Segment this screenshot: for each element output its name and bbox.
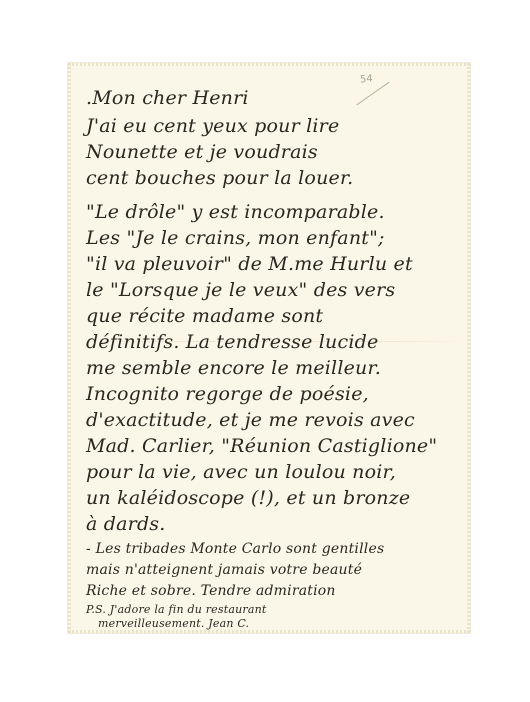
letter-line: Les "Je le crains, mon enfant"; — [86, 227, 385, 249]
letter-line: "Le drôle" y est incomparable. — [86, 201, 385, 223]
letter-line: cent bouches pour la louer. — [86, 167, 353, 189]
letter-page: 54 .Mon cher Henri J'ai eu cent yeux pou… — [68, 63, 470, 633]
letter-line: que récite madame sont — [86, 305, 323, 327]
letter-line: - Les tribades Monte Carlo sont gentille… — [86, 541, 384, 557]
letter-line: mais n'atteignent jamais votre beauté — [86, 562, 362, 578]
postscript-line: merveilleusement. Jean C. — [98, 617, 249, 630]
letter-line: Riche et sobre. Tendre admiration — [86, 583, 336, 599]
salutation: .Mon cher Henri — [86, 87, 249, 109]
letter-line: définitifs. La tendresse lucide — [86, 331, 378, 353]
letter-line: d'exactitude, et je me revois avec — [86, 409, 415, 431]
letter-line: pour la vie, avec un loulou noir, — [86, 461, 396, 483]
letter-line: Mad. Carlier, "Réunion Castiglione" — [86, 435, 437, 457]
letter-line: "il va pleuvoir" de M.me Hurlu et — [86, 253, 413, 275]
letter-line: un kaléidoscope (!), et un bronze — [86, 487, 410, 509]
letter-line: Incognito regorge de poésie, — [86, 383, 369, 405]
letter-line: me semble encore le meilleur. — [86, 357, 381, 379]
page-number: 54 — [360, 74, 373, 86]
paper-edge-left — [68, 63, 71, 633]
postscript-line: P.S. J'adore la fin du restaurant — [86, 603, 267, 616]
letter-line: J'ai eu cent yeux pour lire — [86, 115, 339, 137]
letter-line: Nounette et je voudrais — [86, 141, 318, 163]
paper-edge-right — [467, 63, 470, 633]
letter-line: le "Lorsque je le veux" des vers — [86, 279, 395, 301]
letter-line: à dards. — [86, 513, 166, 535]
